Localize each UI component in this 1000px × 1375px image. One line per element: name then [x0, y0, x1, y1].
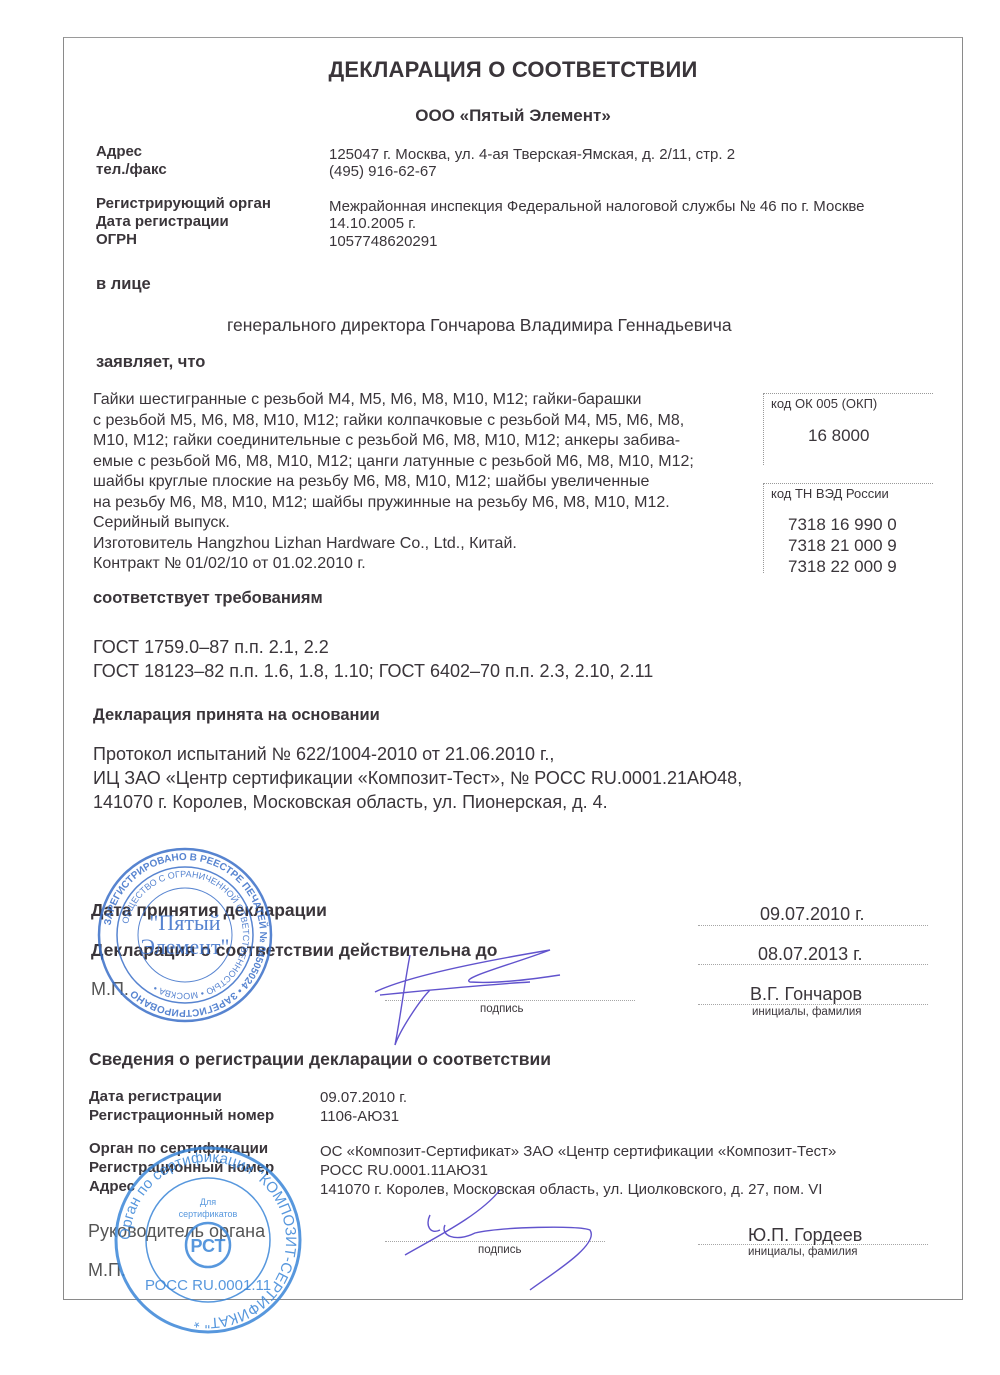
registration-number-label: Регистрационный номер [89, 1106, 274, 1125]
basis-line: Протокол испытаний № 622/1004-2010 от 21… [93, 743, 554, 766]
registration-signer-caption: инициалы, фамилия [748, 1246, 858, 1258]
address-label: Адрес [96, 142, 142, 161]
registrar-label: Регистрирующий орган [96, 194, 271, 213]
svg-text:"Пятый: "Пятый [149, 910, 220, 935]
tnved-code-label: код ТН ВЭД России [771, 486, 889, 501]
registration-date-value: 09.07.2010 г. [320, 1088, 407, 1107]
acceptance-date-value: 09.07.2010 г. [760, 903, 864, 926]
acceptance-date-rule [698, 925, 928, 926]
contract: Контракт № 01/02/10 от 01.02.2010 г. [93, 554, 694, 575]
declares-heading: заявляет, что [96, 353, 205, 372]
product-line: М10, М12; гайки соединительные с резьбой… [93, 431, 694, 452]
document-title: ДЕКЛАРАЦИЯ О СООТВЕТСТВИИ [0, 57, 1000, 83]
signer-rule [698, 1004, 928, 1005]
organization-name: ООО «Пятый Элемент» [0, 106, 1000, 126]
signer-name: В.Г. Гончаров [750, 983, 862, 1006]
valid-until-rule [698, 964, 928, 965]
svg-text:РСТ: РСТ [190, 1236, 225, 1256]
registration-number-value: 1106-АЮ31 [320, 1107, 399, 1126]
registration-date-label: Дата регистрации [89, 1087, 222, 1106]
tnved-code-value: 7318 21 000 9 [788, 535, 897, 557]
requirements-heading: соответствует требованиям [93, 589, 323, 608]
phone-value: (495) 916-62-67 [329, 162, 437, 181]
company-seal-icon: ЗАРЕГИСТРИРОВАНО В РЕЕСТРЕ ПЕЧАТЕЙ № 045… [95, 840, 275, 1030]
requirement-line: ГОСТ 1759.0–87 п.п. 2.1, 2.2 [93, 636, 329, 659]
represented-by-heading: в лице [96, 275, 151, 294]
signature-goncharov-icon [370, 920, 570, 1050]
basis-heading: Декларация принята на основании [93, 706, 380, 725]
okp-code-value: 16 8000 [808, 425, 869, 447]
requirement-line: ГОСТ 18123–82 п.п. 1.6, 1.8, 1.10; ГОСТ … [93, 660, 653, 683]
basis-line: 141070 г. Королев, Московская область, у… [93, 791, 608, 814]
okp-code-label: код ОК 005 (ОКП) [771, 396, 877, 411]
tnved-code-box: код ТН ВЭД России 7318 16 990 0 7318 21 … [763, 483, 933, 573]
product-line: шайбы круглые плоские на резьбу М6, М8, … [93, 472, 694, 493]
cert-body-number-value: РОСС RU.0001.11АЮ31 [320, 1161, 488, 1180]
product-line: с резьбой М5, М6, М8, М10, М12; гайки ко… [93, 411, 694, 432]
reg-date-value: 14.10.2005 г. [329, 214, 416, 233]
ogrn-value: 1057748620291 [329, 232, 437, 251]
tnved-code-value: 7318 16 990 0 [788, 514, 897, 536]
valid-until-value: 08.07.2013 г. [758, 943, 862, 966]
svg-text:РОСС RU.0001.11: РОСС RU.0001.11 [145, 1277, 271, 1294]
okp-code-box: код ОК 005 (ОКП) 16 8000 [763, 393, 933, 465]
registration-signer-rule [698, 1244, 928, 1245]
cert-body-value: ОС «Композит-Сертификат» ЗАО «Центр серт… [320, 1142, 836, 1161]
product-description: Гайки шестигранные с резьбой М4, М5, М6,… [93, 390, 694, 575]
tnved-code-value: 7318 22 000 9 [788, 556, 897, 578]
product-line: на резьбу М6, М8, М10, М12; шайбы пружин… [93, 493, 694, 514]
reg-date-label: Дата регистрации [96, 212, 229, 231]
svg-text:Для: Для [200, 1197, 216, 1207]
signature-gordeev-icon [400, 1185, 680, 1295]
product-line: Гайки шестигранные с резьбой М4, М5, М6,… [93, 390, 694, 411]
signer-caption: инициалы, фамилия [752, 1006, 862, 1018]
manufacturer: Изготовитель Hangzhou Lizhan Hardware Co… [93, 534, 694, 555]
product-line: емые с резьбой М6, М8, М10, М12; цанги л… [93, 452, 694, 473]
phone-label: тел./факс [96, 160, 167, 179]
svg-text:сертификатов: сертификатов [179, 1209, 238, 1219]
registration-heading: Сведения о регистрации декларации о соот… [89, 1049, 551, 1070]
basis-line: ИЦ ЗАО «Центр сертификации «Композит-Тес… [93, 767, 742, 790]
representative-name: генерального директора Гончарова Владими… [227, 314, 732, 337]
serial-production: Серийный выпуск. [93, 513, 694, 534]
certification-seal-icon: Орган по сертификации "КОМПОЗИТ-СЕРТИФИК… [108, 1140, 308, 1340]
ogrn-label: ОГРН [96, 230, 137, 249]
svg-text:Элемент": Элемент" [140, 934, 229, 959]
